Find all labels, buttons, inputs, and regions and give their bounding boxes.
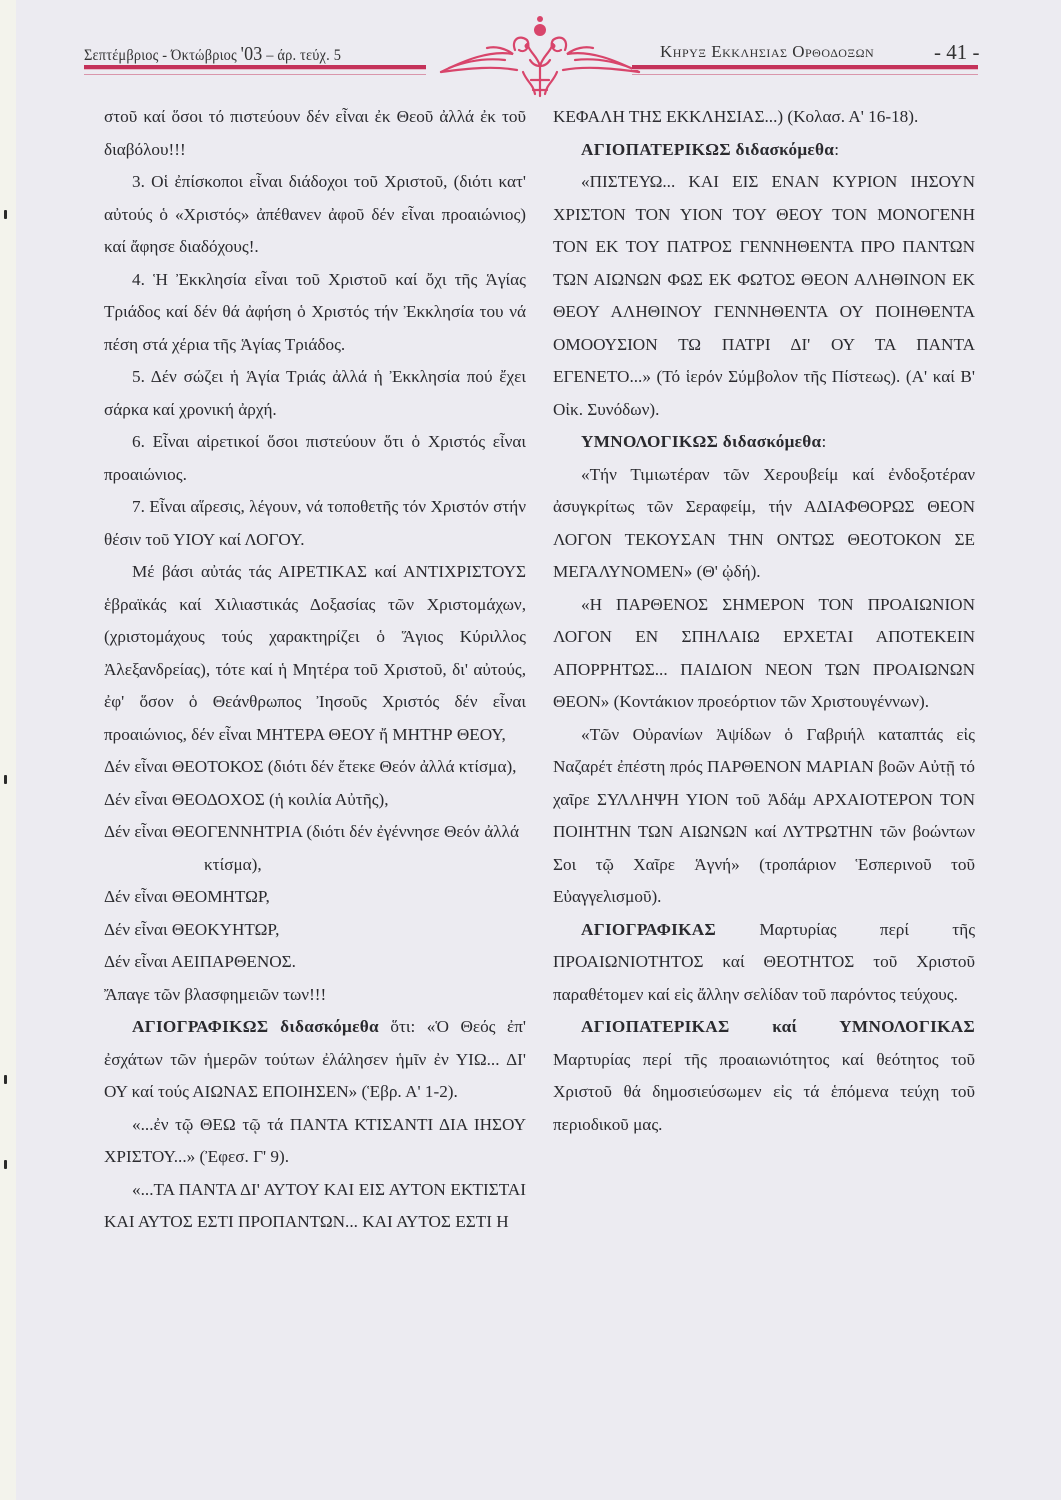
paragraph: Μέ βάσι αὐτάς τάς ΑΙΡΕΤΙΚΑΣ καί ΑΝΤΙΧΡΙΣ… [104,556,526,751]
paragraph: «ΠΙΣΤΕΥΩ... ΚΑΙ ΕΙΣ ΕΝΑΝ ΚΥΡΙΟΝ ΙΗΣΟΥΝ Χ… [553,166,975,426]
paragraph-text: ΚΕΦΑΛΗ ΤΗΣ ΕΚΚΛΗΣΙΑΣ...) (Κολασ. Α' 16-1… [553,107,918,126]
paragraph: ΑΓΙΟΓΡΑΦΙΚΑΣ Μαρτυρίας περί τῆς ΠΡΟΑΙΩΝΙ… [553,914,975,1012]
paragraph-text: Δέν εἶναι ΘΕΟΔΟΧΟΣ (ἡ κοιλία Αὐτῆς), [104,790,389,809]
double-headed-eagle-icon [435,10,645,100]
paragraph-text: «ΠΙΣΤΕΥΩ... ΚΑΙ ΕΙΣ ΕΝΑΝ ΚΥΡΙΟΝ ΙΗΣΟΥΝ Χ… [553,172,975,419]
paragraph-text: «...ΤΑ ΠΑΝΤΑ ΔΙ' ΑΥΤΟΥ ΚΑΙ ΕΙΣ ΑΥΤΟΝ ΕΚΤ… [104,1180,526,1232]
paragraph: «Η ΠΑΡΘΕΝΟΣ ΣΗΜΕΡΟΝ ΤΟΝ ΠΡΟΑΙΩΝΙΟΝ ΛΟΓΟΝ… [553,589,975,719]
paragraph: 6. Εἶναι αἱρετικοί ὅσοι πιστεύουν ὅτι ὁ … [104,426,526,491]
paragraph: Δέν εἶναι ΘΕΟΔΟΧΟΣ (ἡ κοιλία Αὐτῆς), [104,784,526,817]
paragraph-text: Μαρτυρίας περί τῆς προαιωνιότητος καί θε… [553,1050,975,1134]
paragraph: ΥΜΝΟΛΟΓΙΚΩΣ διδασκόμεθα: [553,426,975,459]
header-rule-left [84,65,426,70]
paragraph-text: : [821,432,826,451]
paragraph-text: : [834,140,839,159]
paragraph-text: Ἄπαγε τῶν βλασφημειῶν των!!! [104,985,326,1004]
paragraph-text: 3. Οἱ ἐπίσκοποι εἶναι διάδοχοι τοῦ Χριστ… [104,172,526,256]
paragraph: στοῦ καί ὅσοι τό πιστεύουν δέν εἶναι ἐκ … [104,101,526,166]
paragraph: 3. Οἱ ἐπίσκοποι εἶναι διάδοχοι τοῦ Χριστ… [104,166,526,264]
left-column: στοῦ καί ὅσοι τό πιστεύουν δέν εἶναι ἐκ … [104,101,526,1239]
paragraph-text: «...ἐν τῷ ΘΕΩ τῷ τά ΠΑΝΤΑ ΚΤΙΣΑΝΤΙ ΔΙΑ Ι… [104,1115,526,1167]
paragraph-text: Μέ βάσι αὐτάς τάς ΑΙΡΕΤΙΚΑΣ καί ΑΝΤΙΧΡΙΣ… [104,562,526,744]
issue-number: – άρ. τεύχ. 5 [262,47,341,64]
paragraph: Ἄπαγε τῶν βλασφημειῶν των!!! [104,979,526,1012]
paragraph-text: «Τῶν Οὐρανίων Ἀψίδων ὁ Γαβριήλ καταπτάς … [553,725,975,907]
paragraph-text: 7. Εἶναι αἵρεσις, λέγουν, νά τοποθετῆς τ… [104,497,526,549]
paragraph: 5. Δέν σώζει ἡ Ἁγία Τριάς ἀλλά ἡ Ἐκκλησί… [104,361,526,426]
header-rule-right [632,65,978,70]
page-number: - 41 - [934,40,980,65]
paragraph: Δέν εἶναι ΑΕΙΠΑΡΘΕΝΟΣ. [104,946,526,979]
paragraph-heading: ΑΓΙΟΠΑΤΕΡΙΚΑΣ καί ΥΜΝΟΛΟΓΙΚΑΣ [581,1017,975,1036]
issue-months: Σεπτέμβριος - Όκτώβριος [84,47,241,64]
right-column: ΚΕΦΑΛΗ ΤΗΣ ΕΚΚΛΗΣΙΑΣ...) (Κολασ. Α' 16-1… [553,101,975,1141]
paragraph-text: «Η ΠΑΡΘΕΝΟΣ ΣΗΜΕΡΟΝ ΤΟΝ ΠΡΟΑΙΩΝΙΟΝ ΛΟΓΟΝ… [553,595,975,712]
paragraph: Δέν εἶναι ΘΕΟΜΗΤΩΡ, [104,881,526,914]
page-margin-strip [0,0,16,1500]
header-rule-right-thin [632,74,978,75]
paragraph-heading: ΑΓΙΟΓΡΑΦΙΚΩΣ διδασκόμεθα [132,1017,379,1036]
paragraph: ΑΓΙΟΠΑΤΕΡΙΚΩΣ διδασκόμεθα: [553,134,975,167]
paragraph: «Τήν Τιμιωτέραν τῶν Χερουβείμ καί ἐνδοξο… [553,459,975,589]
paragraph-heading: ΑΓΙΟΠΑΤΕΡΙΚΩΣ διδασκόμεθα [581,140,834,159]
paragraph-text: Δέν εἶναι ΘΕΟΚΥΗΤΩΡ, [104,920,279,939]
margin-mark [4,775,7,784]
paragraph: Δέν εἶναι ΘΕΟΓΕΝΝΗΤΡΙΑ (διότι δέν ἐγέννη… [104,816,526,881]
paragraph-text: 4. Ἡ Ἐκκλησία εἶναι τοῦ Χριστοῦ καί ὄχι … [104,270,526,354]
paragraph: «Τῶν Οὐρανίων Ἀψίδων ὁ Γαβριήλ καταπτάς … [553,719,975,914]
paragraph: Δέν εἶναι ΘΕΟΤΟΚΟΣ (διότι δέν ἔτεκε Θεόν… [104,751,526,784]
paragraph: 4. Ἡ Ἐκκλησία εἶναι τοῦ Χριστοῦ καί ὄχι … [104,264,526,362]
issue-year: '03 [241,43,263,65]
page-header: Σεπτέμβριος - Όκτώβριος '03 – άρ. τεύχ. … [0,0,1061,100]
paragraph-text: Δέν εἶναι ΑΕΙΠΑΡΘΕΝΟΣ. [104,952,296,971]
paragraph-text: Δέν εἶναι ΘΕΟΜΗΤΩΡ, [104,887,270,906]
publication-title: Κηρυξ Εκκλησιας Ορθοδοξων [660,42,874,62]
paragraph-text: στοῦ καί ὅσοι τό πιστεύουν δέν εἶναι ἐκ … [104,107,526,159]
issue-info: Σεπτέμβριος - Όκτώβριος '03 – άρ. τεύχ. … [84,43,341,66]
paragraph: Δέν εἶναι ΘΕΟΚΥΗΤΩΡ, [104,914,526,947]
paragraph: ΑΓΙΟΓΡΑΦΙΚΩΣ διδασκόμεθα ὅτι: «Ὁ Θεός ἐπ… [104,1011,526,1109]
paragraph: ΚΕΦΑΛΗ ΤΗΣ ΕΚΚΛΗΣΙΑΣ...) (Κολασ. Α' 16-1… [553,101,975,134]
margin-mark [4,1075,7,1084]
paragraph: «...ΤΑ ΠΑΝΤΑ ΔΙ' ΑΥΤΟΥ ΚΑΙ ΕΙΣ ΑΥΤΟΝ ΕΚΤ… [104,1174,526,1239]
margin-mark [4,1160,7,1169]
paragraph-text: Δέν εἶναι ΘΕΟΤΟΚΟΣ (διότι δέν ἔτεκε Θεόν… [104,757,516,776]
paragraph-heading: ΥΜΝΟΛΟΓΙΚΩΣ διδασκόμεθα [581,432,821,451]
paragraph-text: 6. Εἶναι αἱρετικοί ὅσοι πιστεύουν ὅτι ὁ … [104,432,526,484]
paragraph: 7. Εἶναι αἵρεσις, λέγουν, νά τοποθετῆς τ… [104,491,526,556]
paragraph-heading: ΑΓΙΟΓΡΑΦΙΚΑΣ [581,920,716,939]
paragraph-text: «Τήν Τιμιωτέραν τῶν Χερουβείμ καί ἐνδοξο… [553,465,975,582]
paragraph-text: 5. Δέν σώζει ἡ Ἁγία Τριάς ἀλλά ἡ Ἐκκλησί… [104,367,526,419]
paragraph-text: Δέν εἶναι ΘΕΟΓΕΝΝΗΤΡΙΑ (διότι δέν ἐγέννη… [104,822,519,874]
paragraph: «...ἐν τῷ ΘΕΩ τῷ τά ΠΑΝΤΑ ΚΤΙΣΑΝΤΙ ΔΙΑ Ι… [104,1109,526,1174]
margin-mark [4,210,7,219]
header-rule-left-thin [84,74,426,75]
paragraph: ΑΓΙΟΠΑΤΕΡΙΚΑΣ καί ΥΜΝΟΛΟΓΙΚΑΣ Μαρτυρίας … [553,1011,975,1141]
